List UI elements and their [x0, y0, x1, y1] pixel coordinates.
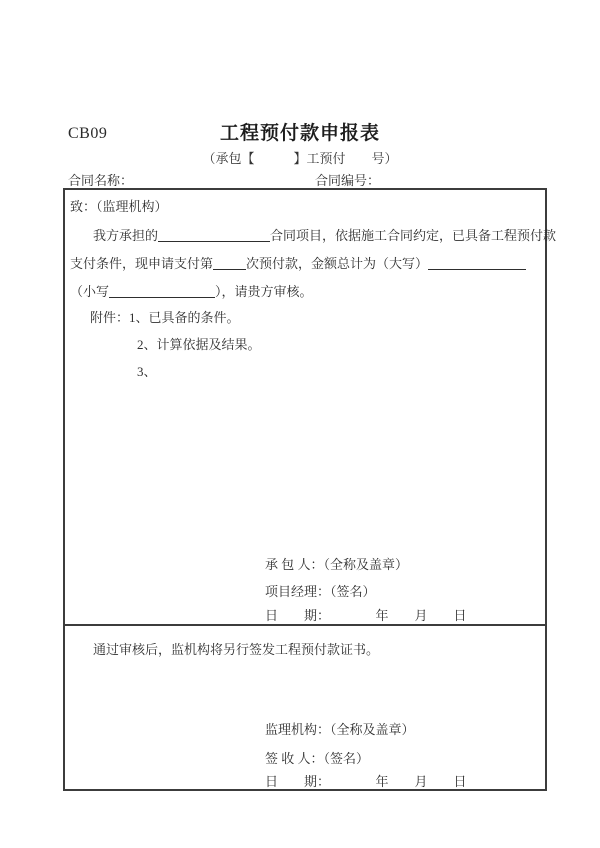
- page-title: 工程预付款申报表: [0, 118, 600, 145]
- attachment-item-1: 附件：1、已具备的条件。: [90, 308, 240, 328]
- supervisor-date-line: 日 期： 年 月 日: [265, 772, 467, 792]
- form-body-box: 致：（监理机构） 我方承担的合同项目，依据施工合同约定，已具备工程预付款 支付条…: [63, 188, 547, 791]
- body-text-segment: 我方承担的: [93, 228, 158, 243]
- body-text-segment: 次预付款，金额总计为（大写）: [246, 256, 428, 271]
- contractor-signature-line: 承 包 人：（全称及盖章）: [265, 555, 408, 575]
- project-manager-signature-line: 项目经理：（签名）: [265, 582, 376, 602]
- form-subtitle: （承包【 】工预付 号）: [0, 148, 600, 167]
- supervisor-org-signature-line: 监理机构：（全称及盖章）: [265, 720, 415, 740]
- section-divider-line: [65, 624, 545, 626]
- form-page: CB09 工程预付款申报表 （承包【 】工预付 号） 合同名称： 合同编号： 致…: [0, 0, 600, 848]
- contract-name-label: 合同名称：: [68, 170, 133, 189]
- receiver-signature-line: 签 收 人：（签名）: [265, 749, 369, 769]
- addressee-line: 致：（监理机构）: [70, 197, 168, 217]
- body-text-segment: 合同项目，依据施工合同约定，已具备工程预付款: [270, 228, 556, 243]
- body-paragraph-line-3: （小写），请贵方审核。: [70, 282, 313, 302]
- body-text-segment: ），请贵方审核。: [215, 284, 313, 299]
- body-text-segment: 支付条件，现申请支付第: [70, 256, 213, 271]
- blank-amount-capital-field: [428, 256, 526, 270]
- contractor-date-line: 日 期： 年 月 日: [265, 606, 467, 626]
- body-paragraph-line-1: 我方承担的合同项目，依据施工合同约定，已具备工程预付款: [93, 226, 556, 246]
- review-note-line: 通过审核后，监机构将另行签发工程预付款证书。: [93, 640, 379, 660]
- blank-payment-number-field: [213, 256, 246, 270]
- blank-project-name-field: [158, 228, 270, 242]
- blank-amount-lowercase-field: [109, 284, 215, 298]
- body-paragraph-line-2: 支付条件，现申请支付第次预付款，金额总计为（大写）: [70, 254, 526, 274]
- body-text-segment: （小写: [70, 284, 109, 299]
- contract-number-label: 合同编号：: [315, 170, 380, 189]
- attachment-item-3: 3、: [137, 362, 157, 382]
- attachment-item-2: 2、计算依据及结果。: [137, 335, 261, 355]
